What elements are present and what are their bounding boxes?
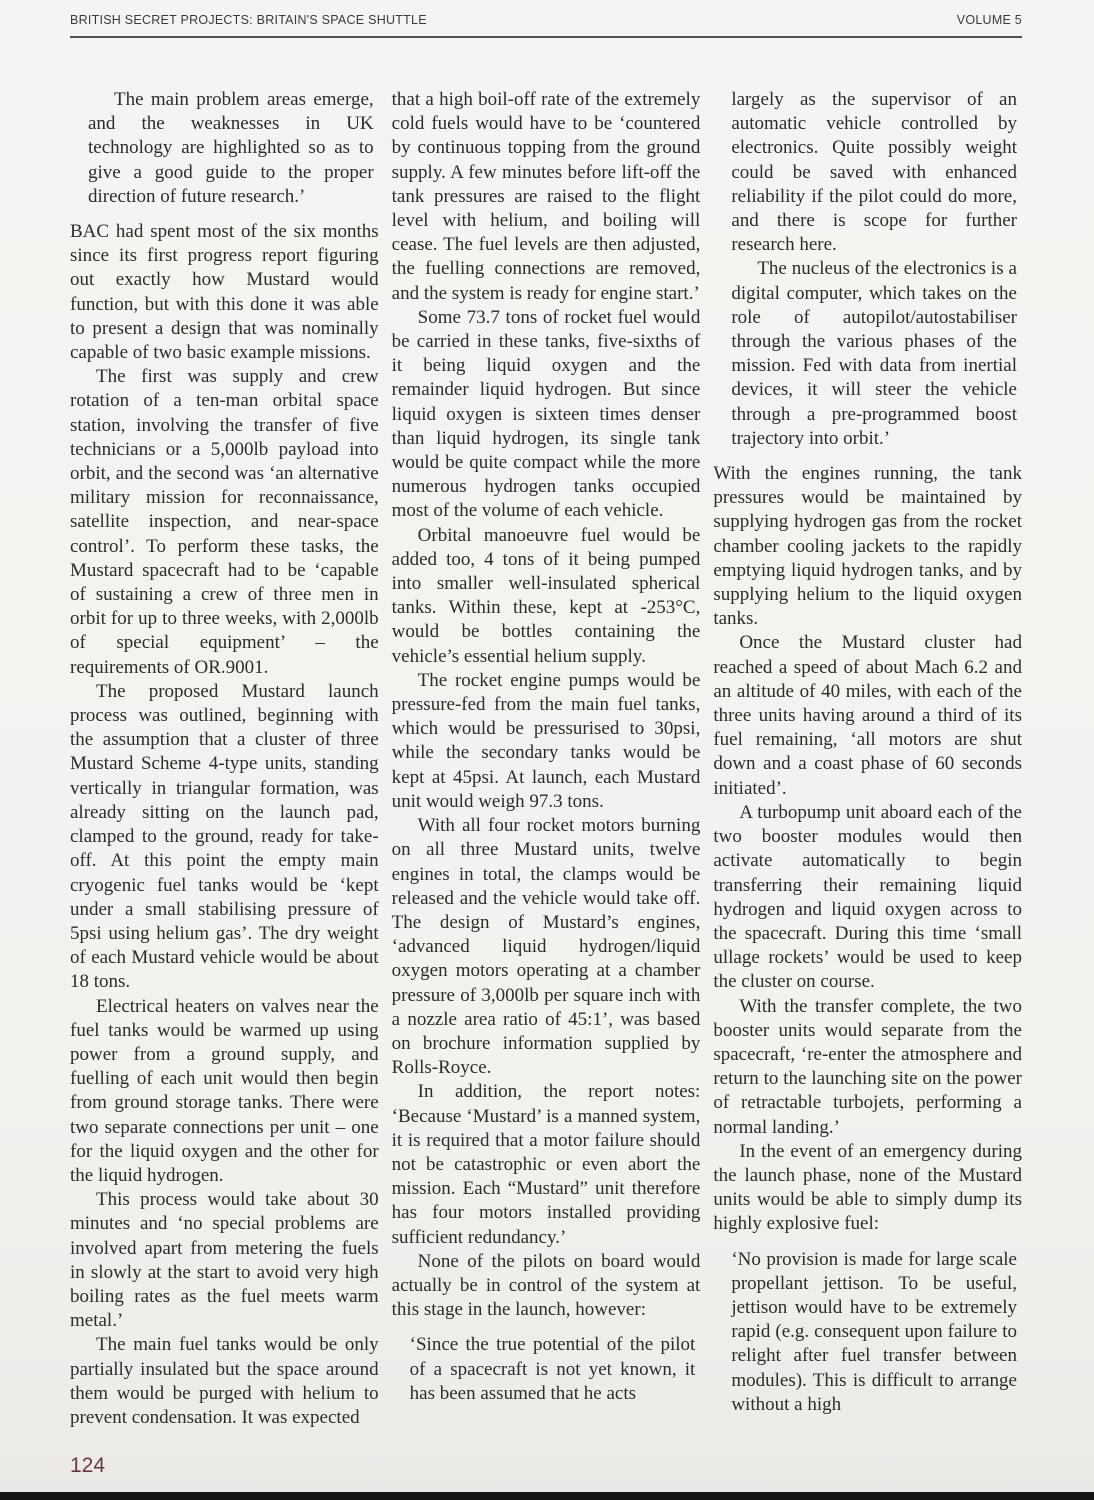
paragraph: None of the pilots on board would actual… [392,1250,701,1323]
paragraph: Some 73.7 tons of rocket fuel would be c… [392,306,701,524]
running-head-volume: VOLUME 5 [957,13,1022,27]
page-number: 124 [70,1454,105,1478]
paragraph: With the transfer complete, the two boos… [713,995,1022,1140]
text-column-3: largely as the supervisor of an automati… [713,88,1022,1430]
paragraph: that a high boil-off rate of the extreme… [392,88,701,306]
page-body: The main problem areas emerge, and the w… [0,88,1094,1430]
paragraph: BAC had spent most of the six months sin… [70,220,379,365]
paragraph: Once the Mustard cluster had reached a s… [713,631,1022,800]
paragraph: In the event of an emergency during the … [713,1140,1022,1237]
paragraph: A turbopump unit aboard each of the two … [713,801,1022,995]
paragraph: In addition, the report notes: ‘Because … [392,1080,701,1249]
paragraph: This process would take about 30 minutes… [70,1188,379,1333]
block-quote: ‘Since the true potential of the pilot o… [410,1333,696,1406]
paragraph: The proposed Mustard launch process was … [70,680,379,995]
paragraph: The rocket engine pumps would be pressur… [392,669,701,814]
running-head-title: BRITISH SECRET PROJECTS: BRITAIN'S SPACE… [70,13,427,27]
page-header: BRITISH SECRET PROJECTS: BRITAIN'S SPACE… [0,0,1094,27]
paragraph: The first was supply and crew rotation o… [70,365,379,680]
paragraph: With all four rocket motors burning on a… [392,814,701,1080]
header-rule [70,36,1022,38]
text-column-2: that a high boil-off rate of the extreme… [392,88,701,1430]
paragraph: The main fuel tanks would be only partia… [70,1333,379,1430]
paragraph: Orbital manoeuvre fuel would be added to… [392,524,701,669]
page-edge-bar [0,1492,1094,1500]
block-quote: The main problem areas emerge, and the w… [88,88,374,209]
block-quote: ‘No provision is made for large scale pr… [731,1248,1017,1417]
paragraph: Electrical heaters on valves near the fu… [70,995,379,1189]
block-quote: The nucleus of the electronics is a digi… [731,257,1017,451]
text-column-1: The main problem areas emerge, and the w… [70,88,379,1430]
paragraph: With the engines running, the tank press… [713,462,1022,631]
block-quote: largely as the supervisor of an automati… [731,88,1017,257]
